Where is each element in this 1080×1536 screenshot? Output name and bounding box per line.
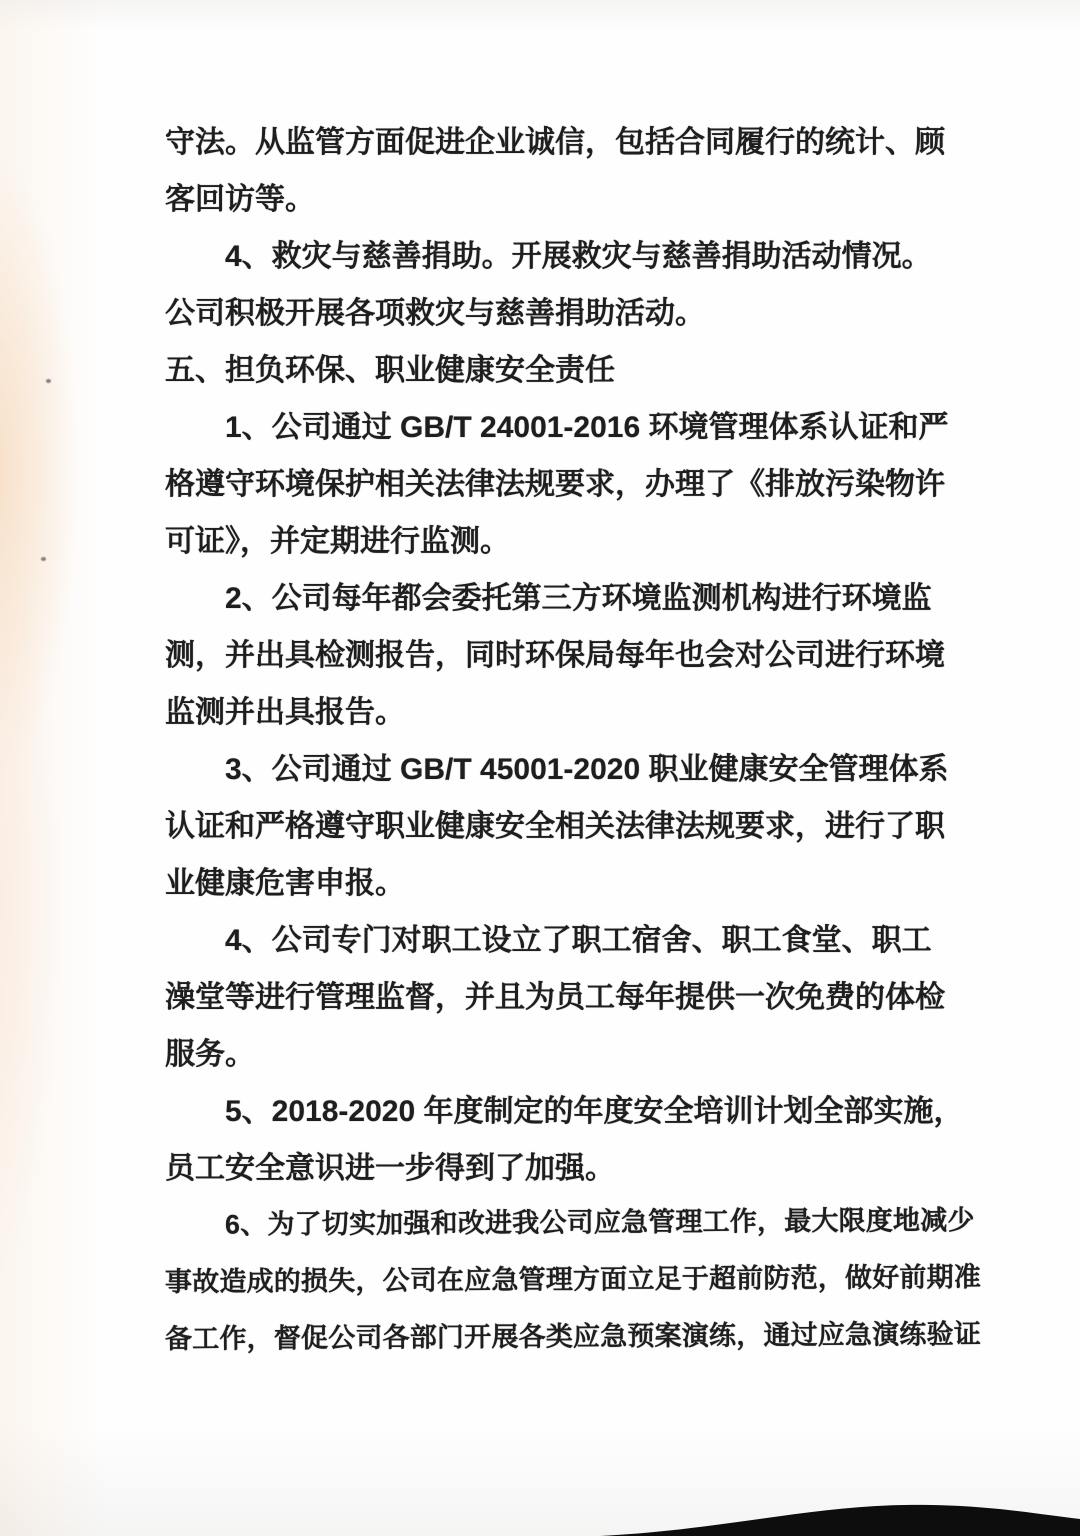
text-line: 格遵守环境保护相关法律法规要求，办理了《排放污染物许 [165,456,955,513]
text-line: 澡堂等进行管理监督，并且为员工每年提供一次免费的体检 [165,969,955,1026]
text-line: 5、2018-2020 年度制定的年度安全培训计划全部实施， [165,1083,955,1140]
text-line: 4、公司专门对职工设立了职工宿舍、职工食堂、职工 [165,912,955,969]
text-line: 备工作，督促公司各部门开展各类应急预案演练，通过应急演练验证 [165,1306,955,1368]
photo-edge-bottom-shade [0,1426,1080,1536]
text-line: 可证》，并定期进行监测。 [165,513,955,570]
text-line: 业健康危害申报。 [165,855,955,912]
photo-speck-1 [46,379,51,383]
text-line: 公司积极开展各项救灾与慈善捐助活动。 [165,285,955,342]
text-line: 3、公司通过 GB/T 45001-2020 职业健康安全管理体系 [165,741,955,798]
text-line: 监测并出具报告。 [165,684,955,741]
document-body-text: 守法。从监管方面促进企业诚信，包括合同履行的统计、顾客回访等。4、救灾与慈善捐助… [165,114,955,1368]
text-line: 五、担负环保、职业健康安全责任 [165,342,955,399]
text-line: 4、救灾与慈善捐助。开展救灾与慈善捐助活动情况。 [165,228,955,285]
text-line: 2、公司每年都会委托第三方环境监测机构进行环境监 [165,570,955,627]
text-line: 员工安全意识进一步得到了加强。 [165,1140,955,1197]
text-line: 服务。 [165,1026,955,1083]
table-edge-dark-shape [0,1476,1080,1536]
text-line: 1、公司通过 GB/T 24001-2016 环境管理体系认证和严 [165,399,955,456]
text-line: 客回访等。 [165,171,955,228]
photo-edge-top-shade [0,0,1080,30]
photo-edge-warm-tint [0,0,130,1536]
document-page: 守法。从监管方面促进企业诚信，包括合同履行的统计、顾客回访等。4、救灾与慈善捐助… [0,0,1080,1536]
photo-speck-2 [41,557,46,561]
text-line: 守法。从监管方面促进企业诚信，包括合同履行的统计、顾 [165,114,955,171]
text-line: 测，并出具检测报告，同时环保局每年也会对公司进行环境 [165,627,955,684]
text-line: 6、为了切实加强和改进我公司应急管理工作，最大限度地减少 [165,1192,955,1254]
text-line: 认证和严格遵守职业健康安全相关法律法规要求，进行了职 [165,798,955,855]
text-line: 事故造成的损失，公司在应急管理方面立足于超前防范，做好前期准 [165,1249,955,1311]
